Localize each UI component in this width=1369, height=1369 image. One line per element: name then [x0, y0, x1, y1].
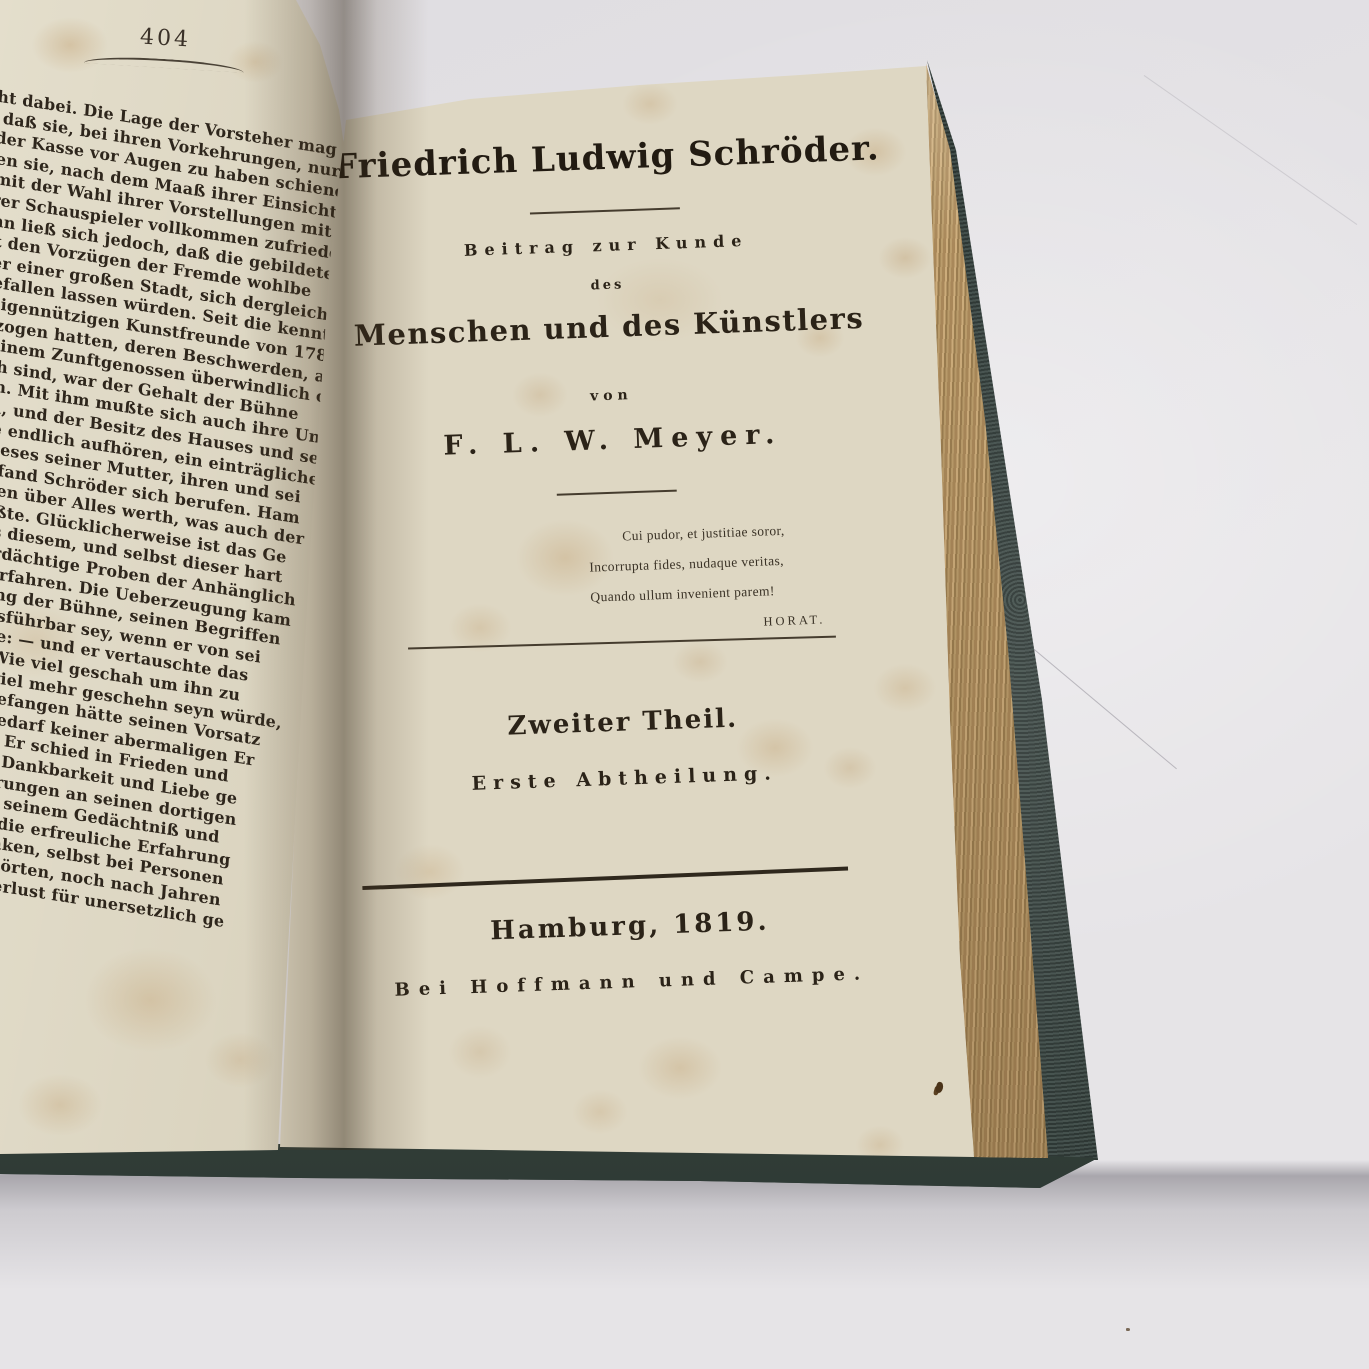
photo-of-open-book: 404 icht dabei. Die Lage der Vorsteher m…: [0, 0, 1369, 1369]
epigraph: Cui pudor, et justitiae soror, Incorrupt…: [588, 514, 854, 643]
imprint-place-year: Hamburg, 1819.: [360, 902, 901, 951]
dust-speck: [1126, 1328, 1130, 1331]
page-number-rule: [84, 54, 244, 73]
paper-speck: [935, 1081, 945, 1093]
left-page-header: 404: [69, 20, 261, 74]
imprint-publisher: Bei Hoffmann und Campe.: [362, 962, 902, 1002]
section-title: Erste Abtheilung.: [355, 758, 895, 799]
background-scratch: [1144, 75, 1358, 225]
part-title: Zweiter Theil.: [352, 698, 893, 747]
gutter-shadow: [244, 0, 429, 1150]
rule-under-author: [557, 490, 677, 496]
rule-under-title: [530, 207, 680, 214]
thick-divider-rule: [362, 867, 848, 891]
page-number: 404: [70, 20, 261, 57]
